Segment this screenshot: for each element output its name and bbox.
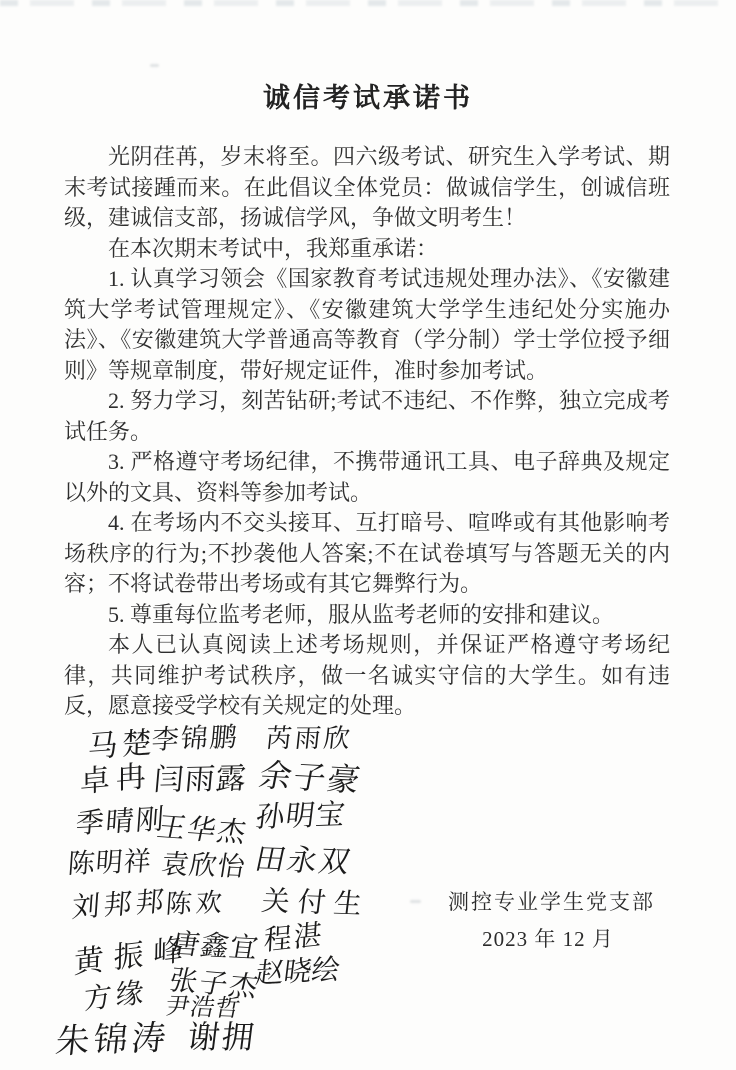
- handwritten-signature: 余子豪: [256, 750, 367, 801]
- handwritten-signature: 季晴刚: [75, 797, 168, 842]
- handwritten-signature: 陈欢: [165, 882, 228, 921]
- handwritten-signature: 陈明祥: [67, 839, 154, 881]
- paragraph-item-2: 2. 努力学习，刻苦钻研;考试不违纪、不作弊，独立完成考试任务。: [64, 386, 670, 447]
- paragraph-pledge-lead: 在本次期末考试中，我郑重承诺：: [64, 234, 670, 265]
- handwritten-signature: 赵晓绘: [254, 947, 343, 992]
- handwritten-signature: 黄振峰: [74, 923, 194, 982]
- paragraph-intro: 光阴荏苒，岁末将至。四六级考试、研究生入学考试、期末考试接踵而来。在此倡议全体党…: [64, 142, 670, 234]
- scan-speck: [150, 64, 159, 67]
- document-title: 诚信考试承诺书: [0, 76, 736, 115]
- handwritten-signature: 孙明宝: [253, 792, 348, 836]
- handwritten-signature: 闫雨露: [152, 753, 249, 799]
- handwritten-signature: 张子杰: [165, 958, 264, 1005]
- paragraph-item-3: 3. 严格遵守考场纪律，不携带通讯工具、电子辞典及规定以外的文具、资料等参加考试…: [64, 447, 670, 508]
- handwritten-signature: 谢拥: [185, 1012, 259, 1058]
- handwritten-signature: 刘邦邦: [71, 879, 170, 926]
- handwritten-signature: 关付生: [260, 879, 373, 923]
- scan-artifact-top-edge: [0, 0, 736, 6]
- handwritten-signature: 程湛: [263, 913, 325, 960]
- handwritten-signature: 卓冉: [80, 751, 152, 801]
- handwritten-signature: 方缘: [83, 970, 148, 1018]
- paragraph-item-1: 1. 认真学习领会《国家教育考试违规处理办法》、《安徽建筑大学考试管理规定》、《…: [64, 264, 670, 386]
- scan-speck: [410, 900, 421, 903]
- paragraph-item-4: 4. 在考场内不交头接耳、互打暗号、喧哗或有其他影响考场秩序的行为;不抄袭他人答…: [64, 508, 670, 600]
- handwritten-signature: 王华杰: [154, 805, 252, 851]
- paragraph-closing: 本人已认真阅读上述考场规则，并保证严格遵守考场纪律，共同维护考试秩序，做一名诚实…: [64, 630, 670, 722]
- paragraph-item-5: 5. 尊重每位监考老师，服从监考老师的安排和建议。: [64, 600, 670, 631]
- signoff-organization: 测控专业学生党支部: [448, 886, 648, 916]
- handwritten-signature: 袁欣怡: [159, 842, 249, 884]
- handwritten-signature: 尹浩哲: [163, 986, 245, 1023]
- document-body: 光阴荏苒，岁末将至。四六级考试、研究生入学考试、期末考试接踵而来。在此倡议全体党…: [64, 142, 670, 722]
- handwritten-signature: 朱锦涛: [53, 1010, 172, 1063]
- handwritten-signature: 马楚: [87, 717, 156, 766]
- document-page: 诚信考试承诺书 光阴荏苒，岁末将至。四六级考试、研究生入学考试、期末考试接踵而来…: [0, 0, 736, 1070]
- signoff-date: 2023 年 12 月: [448, 923, 648, 953]
- handwritten-signature: 唐鑫宜: [169, 922, 263, 966]
- signoff-block: 测控专业学生党支部 2023 年 12 月: [448, 886, 648, 953]
- handwritten-signature: 田永双: [251, 834, 356, 881]
- handwritten-signature: 芮雨欣: [264, 718, 355, 755]
